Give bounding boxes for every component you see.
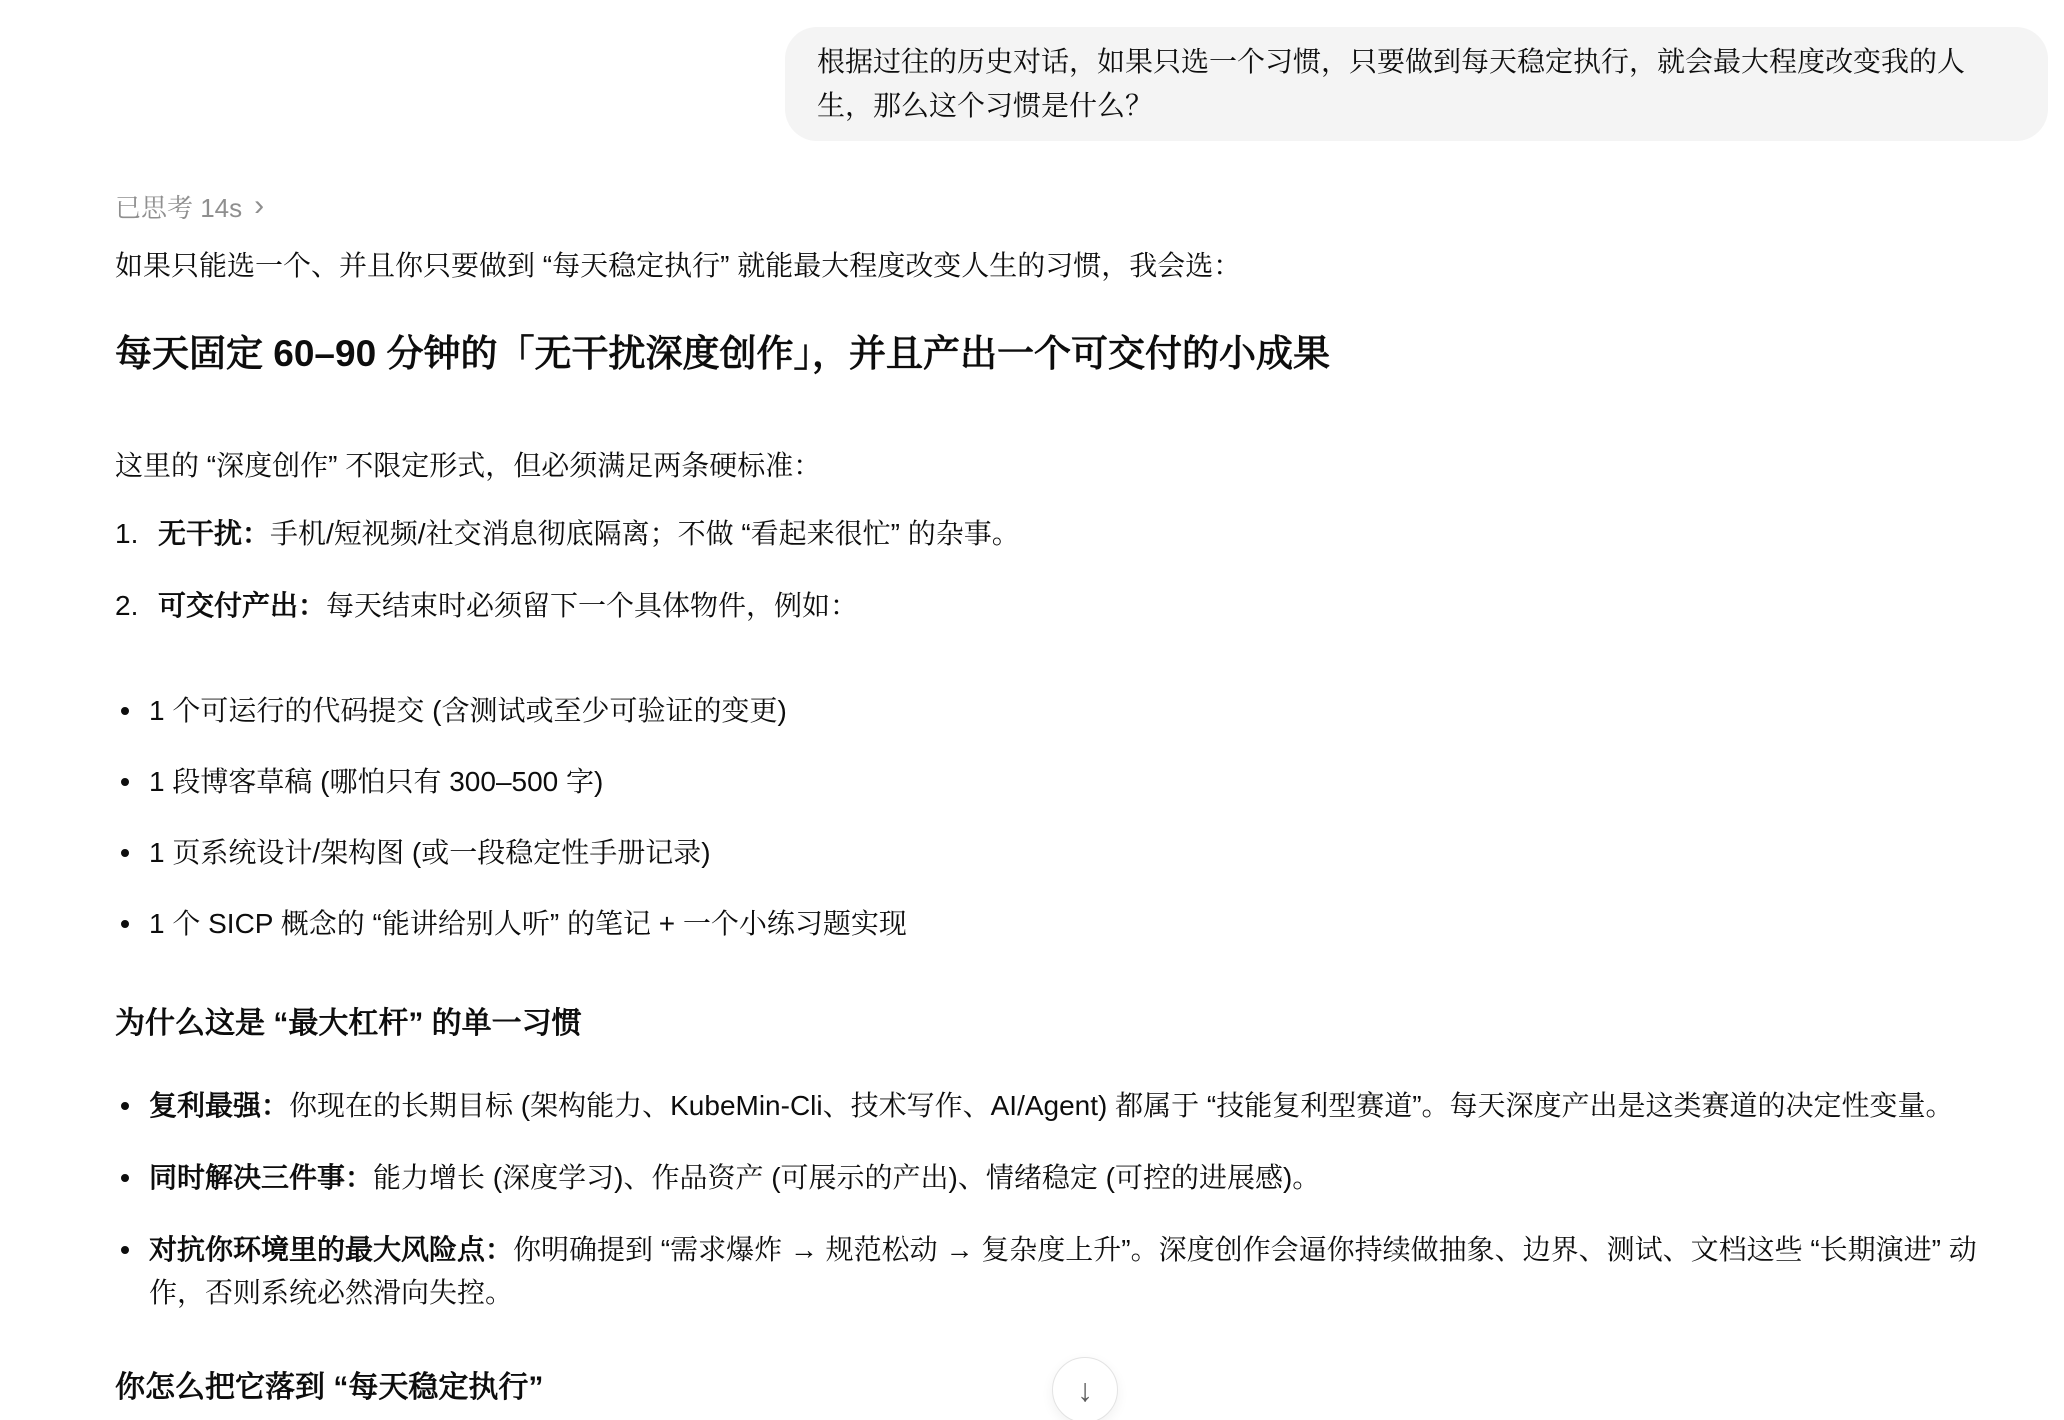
scroll-to-bottom-button[interactable]: ↓	[1052, 1357, 1118, 1420]
list-item-body: 每天结束时必须留下一个具体物件，例如：	[326, 590, 858, 621]
list-item-text: 1 个可运行的代码提交 (含测试或至少可验证的变更)	[149, 689, 2002, 732]
list-item-text: 1 页系统设计/架构图 (或一段稳定性手册记录)	[149, 831, 2002, 874]
user-message-bubble: 根据过往的历史对话，如果只选一个习惯，只要做到每天稳定执行，就会最大程度改变我的…	[785, 27, 2048, 141]
list-item-bold-label: 复利最强：	[149, 1090, 289, 1121]
bullet-icon	[121, 707, 129, 715]
list-item-body: 你现在的长期目标 (架构能力、KubeMin-Cli、技术写作、AI/Agent…	[289, 1090, 1954, 1121]
criteria-intro-paragraph: 这里的 “深度创作” 不限定形式，但必须满足两条硬标准：	[115, 444, 1995, 487]
ordered-list-item: 1. 无干扰：手机/短视频/社交消息彻底隔离；不做 “看起来很忙” 的杂事。	[115, 512, 2002, 555]
list-item-bold-label: 同时解决三件事：	[149, 1162, 373, 1193]
list-number: 2.	[115, 584, 158, 627]
bullet-list-item: 1 段博客草稿 (哪怕只有 300–500 字)	[115, 760, 2002, 803]
list-item-text: 1 个 SICP 概念的 “能讲给别人听” 的笔记 + 一个小练习题实现	[149, 902, 2002, 945]
bullet-list-item: 1 个 SICP 概念的 “能讲给别人听” 的笔记 + 一个小练习题实现	[115, 902, 2002, 945]
bullet-list-item: 1 页系统设计/架构图 (或一段稳定性手册记录)	[115, 831, 2002, 874]
arrow-down-icon: ↓	[1077, 1374, 1093, 1406]
chevron-right-icon: ›	[254, 191, 264, 221]
list-item-body: 能力增长 (深度学习)、作品资产 (可展示的产出)、情绪稳定 (可控的进展感)。	[373, 1162, 1320, 1193]
bullet-list-item: 同时解决三件事：能力增长 (深度学习)、作品资产 (可展示的产出)、情绪稳定 (…	[115, 1156, 2002, 1199]
bullet-list-item: 1 个可运行的代码提交 (含测试或至少可验证的变更)	[115, 689, 2002, 732]
bullet-icon	[121, 1102, 129, 1110]
bullet-list-item: 复利最强：你现在的长期目标 (架构能力、KubeMin-Cli、技术写作、AI/…	[115, 1084, 2002, 1127]
bullet-icon	[121, 778, 129, 786]
main-heading: 每天固定 60–90 分钟的「无干扰深度创作」，并且产出一个可交付的小成果	[115, 330, 2015, 378]
thought-summary-toggle[interactable]: 已思考 14s ›	[115, 190, 264, 226]
list-item-text: 无干扰：手机/短视频/社交消息彻底隔离；不做 “看起来很忙” 的杂事。	[158, 512, 2002, 555]
chat-conversation: 根据过往的历史对话，如果只选一个习惯，只要做到每天稳定执行，就会最大程度改变我的…	[0, 0, 2064, 1420]
list-item-text: 对抗你环境里的最大风险点：你明确提到 “需求爆炸 → 规范松动 → 复杂度上升”…	[149, 1228, 2002, 1314]
bullet-icon	[121, 1246, 129, 1254]
bullet-list-item: 对抗你环境里的最大风险点：你明确提到 “需求爆炸 → 规范松动 → 复杂度上升”…	[115, 1228, 2002, 1314]
assistant-intro-paragraph: 如果只能选一个、并且你只要做到 “每天稳定执行” 就能最大程度改变人生的习惯，我…	[115, 244, 1995, 287]
list-item-text: 可交付产出：每天结束时必须留下一个具体物件，例如：	[158, 584, 2002, 627]
list-item-text: 1 段博客草稿 (哪怕只有 300–500 字)	[149, 760, 2002, 803]
user-message-text: 根据过往的历史对话，如果只选一个习惯，只要做到每天稳定执行，就会最大程度改变我的…	[817, 46, 1965, 121]
list-item-bold-label: 无干扰：	[158, 518, 270, 549]
ordered-list-item: 2. 可交付产出：每天结束时必须留下一个具体物件，例如：	[115, 584, 2002, 627]
list-item-text: 同时解决三件事：能力增长 (深度学习)、作品资产 (可展示的产出)、情绪稳定 (…	[149, 1156, 2002, 1199]
list-item-text: 复利最强：你现在的长期目标 (架构能力、KubeMin-Cli、技术写作、AI/…	[149, 1084, 2002, 1127]
list-number: 1.	[115, 512, 158, 555]
bullet-icon	[121, 1174, 129, 1182]
bullet-icon	[121, 920, 129, 928]
list-item-bold-label: 可交付产出：	[158, 590, 326, 621]
leverage-section-heading: 为什么这是 “最大杠杆” 的单一习惯	[115, 1004, 2015, 1044]
bullet-icon	[121, 849, 129, 857]
list-item-body: 手机/短视频/社交消息彻底隔离；不做 “看起来很忙” 的杂事。	[270, 518, 1020, 549]
thought-summary-label: 已思考 14s	[115, 190, 242, 226]
list-item-bold-label: 对抗你环境里的最大风险点：	[149, 1234, 513, 1265]
